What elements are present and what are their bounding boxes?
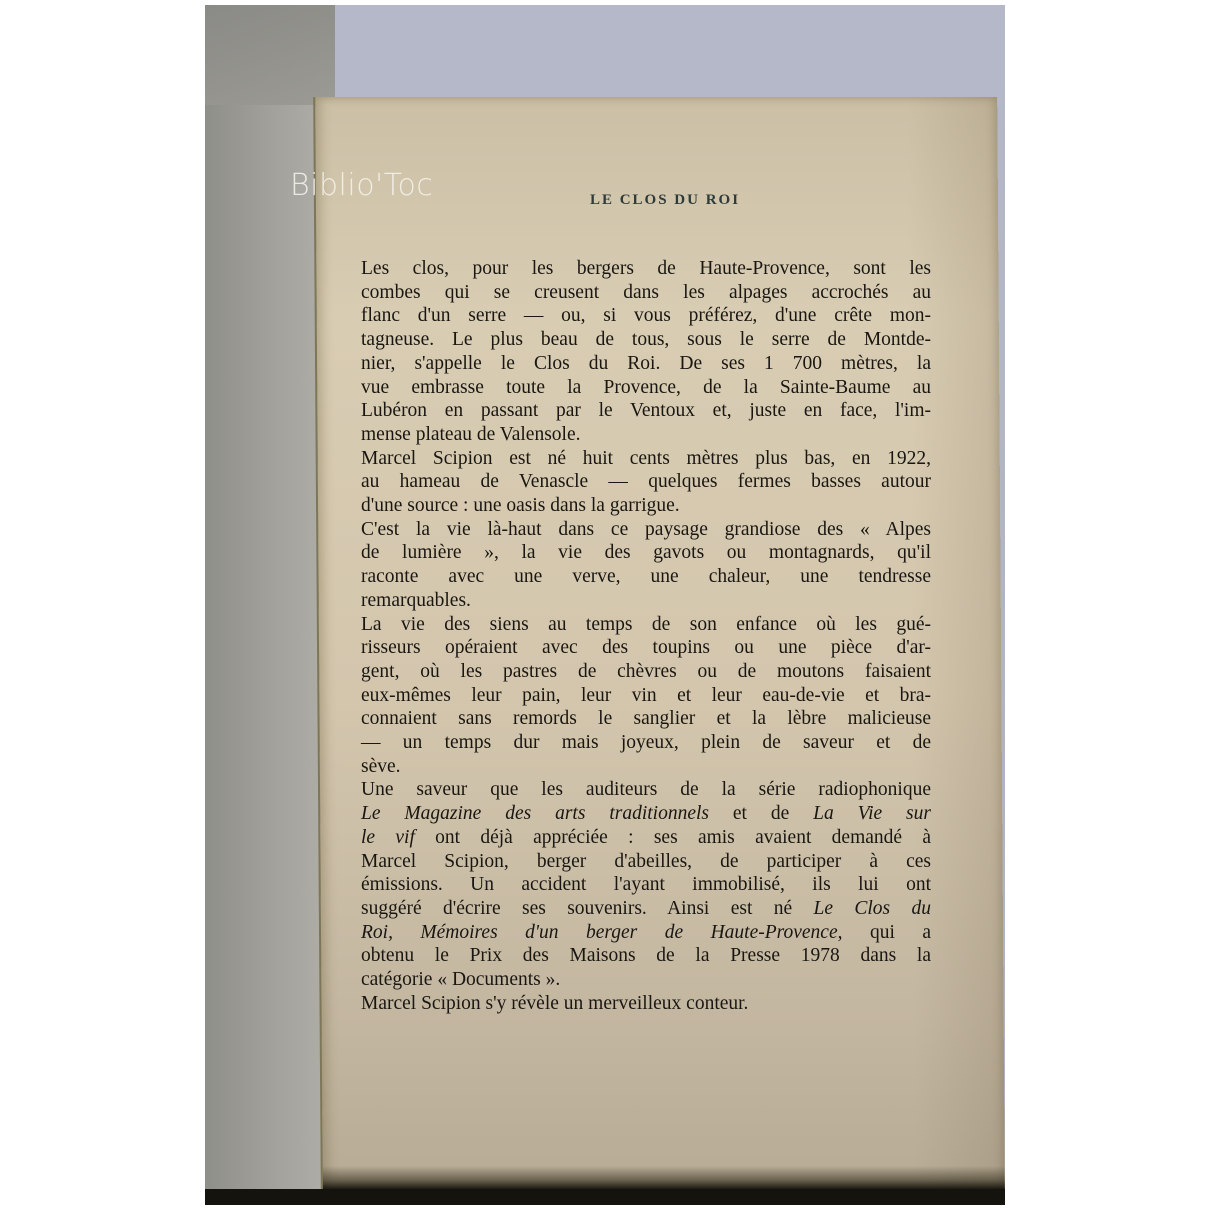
text-line: remarquables. (361, 589, 931, 613)
text-line: raconte avec une verve, une chaleur, une… (361, 565, 931, 589)
text-line: d'une source : une oasis dans la garrigu… (361, 494, 931, 518)
text-line: Le Magazine des arts traditionnels et de… (361, 802, 931, 826)
body-text: Les clos, pour les bergers de Haute-Prov… (361, 257, 931, 1016)
text-line: vue embrasse toute la Provence, de la Sa… (361, 376, 931, 400)
text-line: risseurs opéraient avec des toupins ou u… (361, 636, 931, 660)
text-line: nier, s'appelle le Clos du Roi. De ses 1… (361, 352, 931, 376)
text-line: de lumière », la vie des gavots ou monta… (361, 541, 931, 565)
text-line: Roi, Mémoires d'un berger de Haute-Prove… (361, 921, 931, 945)
table-shadow (205, 1189, 1005, 1205)
page-bottom-shadow (323, 1166, 1005, 1190)
book-photo: Biblio'Toc LE CLOS DU ROI Les clos, pour… (205, 5, 1005, 1205)
text-line: Marcel Scipion s'y révèle un merveilleux… (361, 992, 931, 1016)
text-line: le vif ont déjà appréciée : ses amis ava… (361, 826, 931, 850)
text-line: gent, où les pastres de chèvres ou de mo… (361, 660, 931, 684)
text-line: La vie des siens au temps de son enfance… (361, 613, 931, 637)
text-line: catégorie « Documents ». (361, 968, 931, 992)
text-line: — un temps dur mais joyeux, plein de sav… (361, 731, 931, 755)
text-line: obtenu le Prix des Maisons de la Presse … (361, 944, 931, 968)
text-line: émissions. Un accident l'ayant immobilis… (361, 873, 931, 897)
text-line: sève. (361, 755, 931, 779)
text-line: eux-mêmes leur pain, leur vin et leur ea… (361, 684, 931, 708)
text-line: Les clos, pour les bergers de Haute-Prov… (361, 257, 931, 281)
text-line: connaient sans remords le sanglier et la… (361, 707, 931, 731)
page-title: LE CLOS DU ROI (550, 192, 780, 209)
facing-page-corner (205, 5, 335, 105)
text-line: tagneuse. Le plus beau de tous, sous le … (361, 328, 931, 352)
text-line: C'est la vie là-haut dans ce paysage gra… (361, 518, 931, 542)
text-line: combes qui se creusent dans les alpages … (361, 281, 931, 305)
watermark: Biblio'Toc (290, 168, 433, 203)
text-line: Marcel Scipion, berger d'abeilles, de pa… (361, 850, 931, 874)
text-line: au hameau de Venascle — quelques fermes … (361, 470, 931, 494)
text-line: Une saveur que les auditeurs de la série… (361, 778, 931, 802)
text-line: suggéré d'écrire ses souvenirs. Ainsi es… (361, 897, 931, 921)
text-line: Lubéron en passant par le Ventoux et, ju… (361, 399, 931, 423)
text-line: Marcel Scipion est né huit cents mètres … (361, 447, 931, 471)
text-line: flanc d'un serre — ou, si vous préférez,… (361, 304, 931, 328)
text-line: mense plateau de Valensole. (361, 423, 931, 447)
